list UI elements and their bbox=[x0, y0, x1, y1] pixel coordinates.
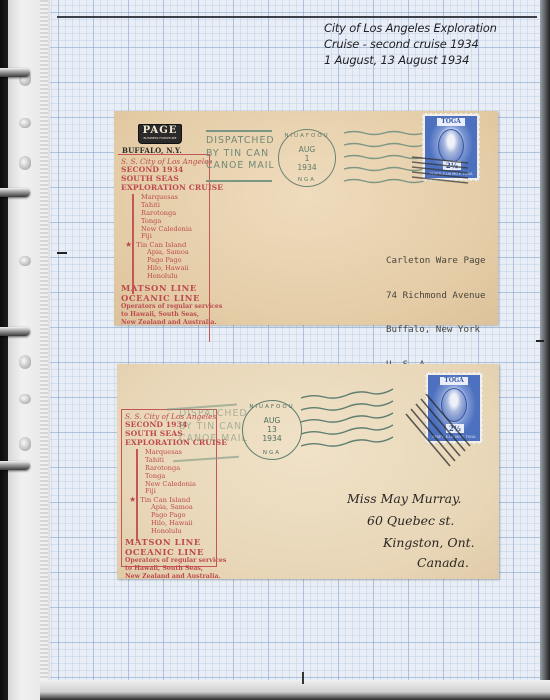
slogan-cancel: DISPATCHED BY TIN CAN CANOE MAIL bbox=[179, 408, 248, 446]
heading-line: 1 August, 13 August 1934 bbox=[324, 52, 544, 68]
header-rule bbox=[57, 16, 537, 18]
slogan-rule bbox=[206, 130, 272, 132]
circular-datestamp: NIUAFOOU AUG 1 1934 NGA bbox=[278, 129, 336, 187]
handwritten-address-line: Miss May Murray. bbox=[347, 488, 462, 510]
binder-ring bbox=[0, 188, 30, 197]
diagonal-bar-cancel bbox=[402, 394, 472, 470]
punch-hole bbox=[19, 437, 31, 451]
cruise-cachet: S. S. City of Los Angeles SECOND 1934 SO… bbox=[118, 154, 210, 342]
slogan-cancel: DISPATCHED BY TIN CAN CANOE MAIL bbox=[206, 135, 275, 173]
punch-hole bbox=[19, 118, 31, 128]
registration-mark bbox=[302, 672, 304, 684]
circular-datestamp: NIUAFOOU AUG 13 1934 NGA bbox=[242, 400, 302, 460]
bar-cancel-lines bbox=[410, 151, 470, 185]
binder-ring bbox=[0, 461, 30, 470]
punch-hole bbox=[19, 256, 31, 266]
album-page-scene: City of Los Angeles Exploration Cruise -… bbox=[0, 0, 550, 700]
cover-1-envelope[interactable]: PAGE BUSINESS FURNITURE BUFFALO, N.Y. S.… bbox=[114, 111, 498, 325]
page-heading: City of Los Angeles Exploration Cruise -… bbox=[324, 20, 544, 68]
binder-ring bbox=[0, 68, 30, 77]
sender-logo: PAGE BUSINESS FURNITURE bbox=[138, 124, 182, 144]
handwritten-address-line: Kingston, Ont. bbox=[383, 532, 475, 554]
page-edge bbox=[540, 0, 550, 700]
slogan-rule bbox=[206, 180, 272, 182]
punch-hole bbox=[19, 394, 31, 404]
punch-hole bbox=[19, 355, 31, 369]
cover-2-envelope[interactable]: S. S. City of Los Angeles SECOND 1934 SO… bbox=[117, 364, 499, 579]
registration-mark bbox=[536, 340, 544, 342]
heading-line: Cruise - second cruise 1934 bbox=[324, 36, 544, 52]
handwritten-address-line: Canada. bbox=[417, 552, 469, 574]
handwritten-address-line: 60 Quebec st. bbox=[367, 510, 454, 532]
cachet-route-line bbox=[132, 194, 134, 294]
punch-hole bbox=[19, 156, 31, 170]
registration-mark bbox=[57, 252, 67, 254]
binder-ring bbox=[0, 327, 30, 336]
heading-line: City of Los Angeles Exploration bbox=[324, 20, 544, 36]
cachet-route-line bbox=[136, 449, 138, 541]
sleeve-edge bbox=[40, 0, 48, 700]
wavy-cancel-lines bbox=[299, 386, 395, 452]
sleeve-bottom-edge bbox=[40, 680, 550, 700]
